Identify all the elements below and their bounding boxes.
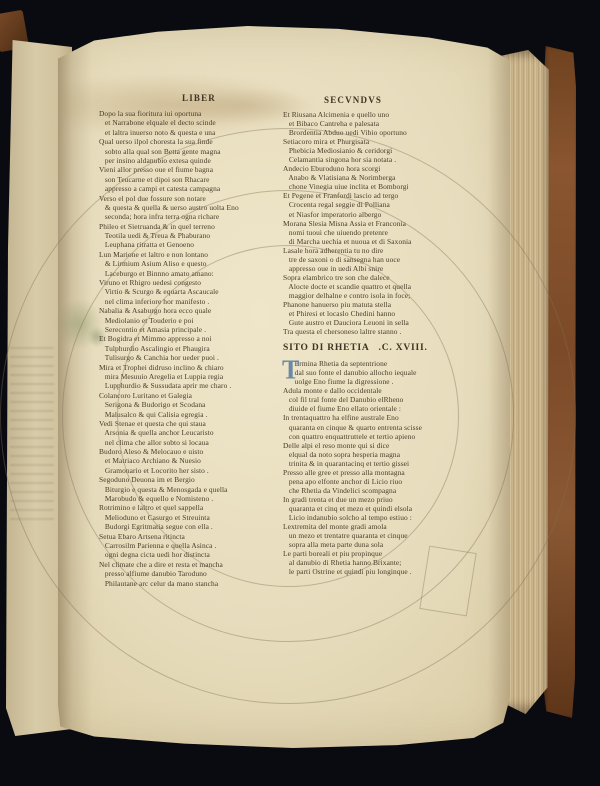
text-line: quaranta en cinque & quarto entrenta sci…	[283, 423, 488, 432]
text-line: Setua Ebaro Artsena ritincta	[99, 532, 291, 541]
text-line: Celamantia singona hor sia notata .	[283, 155, 488, 164]
text-line: Qual uerso ilpol choresta la sua finde	[99, 137, 291, 146]
text-line: Budoro Aleso & Melocauo e uisto	[99, 447, 291, 456]
text-line: Sopra elambrico tre son che dalece	[283, 273, 488, 282]
text-line: et Matriaco Archiano & Nuesio	[99, 456, 291, 465]
text-line: che Rhetia da Vindelici scompagna	[283, 486, 488, 495]
text-line: Phileo et Sietruanda & in quel terreno	[99, 222, 291, 231]
text-line: col fil tral fonte del Danubio elRheno	[283, 395, 488, 404]
text-line: Phebicia Mediosianio & ceridorgi	[283, 146, 488, 155]
text-line: Crocenta regal seggie di Polliana	[283, 200, 488, 209]
text-line: et Narrabone elquale el decto scinde	[99, 118, 291, 127]
text-line: seconda; hora infra terra ogna richare	[99, 212, 291, 221]
text-line: con quattro enquattruttele et tertio api…	[283, 432, 488, 441]
right-column-part1: Et Riusana Alcimenia e quello uno et Bib…	[283, 110, 488, 336]
text-line: Colancoro Luritano et Galegia	[99, 391, 291, 400]
text-line: Marobudo & equello e Nomisteno .	[99, 494, 291, 503]
text-line: trinita & in quarantacinq et tertio giss…	[283, 459, 488, 468]
text-line: Viruno et Rhigro uedesi congesto	[99, 278, 291, 287]
text-line: Virtio & Scurgo & equarta Ascaucale	[99, 287, 291, 296]
text-line: Serigona & Budorigo et Scodana	[99, 400, 291, 409]
text-line: In trentaquattro ha elfine australe Eno	[283, 413, 488, 422]
text-line: diuide el fiume Eno ellato orientale :	[283, 404, 488, 413]
rhetia-chapter-text: T Ermina Rhetia da septentrione dal suo …	[283, 359, 488, 576]
text-line: Licio indanubio solcho al tempo estiuo :	[283, 513, 488, 522]
text-line: elqual da noto sopra hesperia magna	[283, 450, 488, 459]
text-line: et laltra inuerso noto & questa e una	[99, 128, 291, 137]
text-line: Vieni allor presso oue el fiume bagna	[99, 165, 291, 174]
text-line: Laceburgo et Binnno amato amano:	[99, 269, 291, 278]
text-line: et Niasfor imperatorio albergo	[283, 210, 488, 219]
text-line: Tulisurgo & Canchia hor ueder puoi .	[99, 353, 291, 362]
text-line: Serecontio et Amasia principale .	[99, 325, 291, 334]
text-line: appresso oue in uedi Albi snire	[283, 264, 488, 273]
text-line: dal suo fonte el danubio allocho iequale	[283, 368, 488, 377]
text-line: Teotila uedi & Treua & Phaburano	[99, 231, 291, 240]
text-line: & Lirmium Asium Aliso e questo	[99, 259, 291, 268]
text-line: Morana Slesia Misna Assia et Franconia	[283, 219, 488, 228]
text-line: Anabo & Vlatisiana & Norimberga	[283, 173, 488, 182]
text-line: Presso alle gree et presso alla montagna	[283, 468, 488, 477]
text-line: In gradi trenta et due un mezo priuo	[283, 495, 488, 504]
text-line: presso alfiume danubio Taroduno	[99, 569, 291, 578]
chapter-heading-sito-di-rhetia: SITO DI RHETIA .C. XVIII.	[283, 343, 488, 353]
text-line: Andecio Eburoduno hora scorgi	[283, 164, 488, 173]
text-line: Nel climate che a dire et resta et manch…	[99, 560, 291, 569]
text-line: Biturgio e questa & Menosgada e quella	[99, 485, 291, 494]
text-line: nomi tuoui che uiuendo pretenre	[283, 228, 488, 237]
text-line: Et Riusana Alcimenia e quello uno	[283, 110, 488, 119]
text-line: tre de saxoni o di sansegna han uoce	[283, 255, 488, 264]
text-line: Lextremita del monte gradi amola	[283, 522, 488, 531]
text-line: Philautane arc celur da mano stancha	[99, 579, 291, 588]
text-line: nel clima inferiore hor manifesto .	[99, 297, 291, 306]
text-line: per insino aldanubio extesa quinde	[99, 156, 291, 165]
text-line: Mira et Trophei didruso inclino & chiaro	[99, 363, 291, 372]
text-line: Et Bogidra et Mimmo appresso a noi	[99, 334, 291, 343]
text-line: mira Mesuuio Aregelia et Luppia regia	[99, 372, 291, 381]
text-line: Phanone hanuerso piu matuta stella	[283, 300, 488, 309]
text-line: Rotrimino e laltro et quel sappella	[99, 503, 291, 512]
text-line: Lun Marione et laltro e non lontano	[99, 250, 291, 259]
text-line: Setiacoro mira et Phurgisata	[283, 137, 488, 146]
text-line: sopra alla meta parte duna sola	[283, 540, 488, 549]
text-line: sobto alla qual son Betta gente magna	[99, 147, 291, 156]
text-line: Tulphurdio Ascalingio et Phaugira	[99, 344, 291, 353]
running-header-secundus: SECVNDVS	[324, 95, 382, 105]
text-line: son Teucarne et dipoi son Rhacare	[99, 175, 291, 184]
illuminated-initial-t: T	[282, 357, 299, 384]
text-line: & questa & quella & uerso austro uolta E…	[99, 203, 291, 212]
text-line: Melioduno et Casurgo et Streuinta	[99, 513, 291, 522]
text-line: Alocte docte et scandie quattro et quell…	[283, 282, 488, 291]
bleed-through-text	[10, 340, 54, 520]
text-line: Vedi Stenae et questa che qui staua	[99, 419, 291, 428]
text-line: un mezo et trentatre quaranta et cinque	[283, 531, 488, 540]
text-line: Et Pegene et Franfordi lascio ad tergo	[283, 191, 488, 200]
text-line: uolge Eno fiume la digressione .	[283, 377, 488, 386]
text-line: Adula monte e dallo occidentale	[283, 386, 488, 395]
photograph-of-incunabula-page: { "scene": { "background_color": "#0a0b1…	[0, 0, 600, 786]
text-line: Nabalia & Asaburgo hora ecco quale	[99, 306, 291, 315]
text-line: Verso el pol due fossure son notare	[99, 194, 291, 203]
text-line: appresso a campi et catesta campagna	[99, 184, 291, 193]
text-line: chone Vinegia uiue inclita et Bomborgi	[283, 182, 488, 191]
text-line: Leuphana ritratta et Genoeno	[99, 240, 291, 249]
right-column-part2: Ermina Rhetia da septentrione dal suo fo…	[283, 359, 488, 576]
text-line: Budorgi Egritmatia segue con ella .	[99, 522, 291, 531]
text-line: Mediolanio et Touderio e poi	[99, 316, 291, 325]
left-column-lines: Dopo la sua fioritura iui oportuna et Na…	[99, 109, 291, 588]
text-line: et Phiresi et locaslo Chedini hanno	[283, 309, 488, 318]
text-line: nel clima che allor sobto si locaua	[99, 438, 291, 447]
text-line: Delle alpi el reso monte qui si dice	[283, 441, 488, 450]
text-line: Malusalco & qui Calisia egregia .	[99, 410, 291, 419]
text-line: Lasale hora adherentia tu no dire	[283, 246, 488, 255]
text-line: pena apo elfonte anchor di Licio riuo	[283, 477, 488, 486]
left-text-column: Dopo la sua fioritura iui oportuna et Na…	[99, 109, 291, 588]
text-line: Segoduno Deuona im et Bergio	[99, 475, 291, 484]
text-line: Dopo la sua fioritura iui oportuna	[99, 109, 291, 118]
text-line: Arsonia & quella anchor Leucaristo	[99, 428, 291, 437]
text-line: quaranta et cinq et mezo et quindi elsol…	[283, 504, 488, 513]
running-header-liber: LIBER	[182, 93, 216, 103]
text-line: Brordentia Abduo uedi Vibio oportuno	[283, 128, 488, 137]
text-line: Ermina Rhetia da septentrione	[283, 359, 488, 368]
text-line: Gute austro et Dauciora Leuoni in sella	[283, 318, 488, 327]
right-text-column: Et Riusana Alcimenia e quello uno et Bib…	[283, 110, 488, 576]
text-line: Tra questa el chersoneso laltre stanno .	[283, 327, 488, 336]
text-line: Gramonario et Locorito her sisto .	[99, 466, 291, 475]
text-line: et Bibaco Cantreha e palesata	[283, 119, 488, 128]
embossed-rectangle-mark	[419, 546, 476, 617]
text-line: ogni degna cicta uedi hor distincta	[99, 550, 291, 559]
text-line: di Marcha uechia et nuoua et di Saxonia	[283, 237, 488, 246]
text-line: maggior delhalne e contro isola in foce;	[283, 291, 488, 300]
text-line: Carrosilm Parienna e quella Asinca .	[99, 541, 291, 550]
text-line: Lupphurdio & Sussudata aprir me charo .	[99, 381, 291, 390]
